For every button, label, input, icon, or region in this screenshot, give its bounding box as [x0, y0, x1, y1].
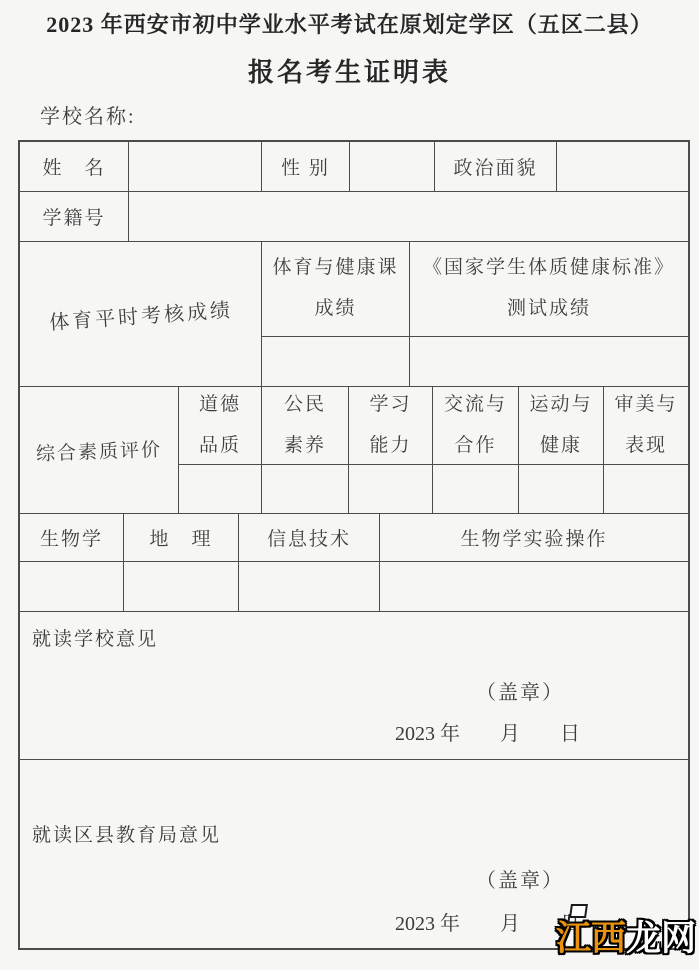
row-quality-evaluation: 综合素质评价 道德 品质 公民 素养 学习 能力 交流与 合作 运动与 健康 审… [20, 387, 688, 514]
quality-col-communication-value-cell [433, 465, 519, 513]
political-status-label-cell: 政治面貌 [435, 142, 557, 191]
quality-evaluation-label-cell: 综合素质评价 [20, 387, 179, 513]
pe-sub-table: 体育与健康课 成绩 《国家学生体质健康标准》 测试成绩 [262, 242, 688, 386]
watermark-text-part1: 江西 [556, 919, 626, 958]
quality-col-civic-label-cell: 公民 素养 [262, 387, 349, 464]
school-opinion-stamp-label: （盖章） [476, 676, 564, 705]
pe-course-score-value-cell [262, 337, 410, 386]
gender-value-cell [350, 142, 435, 191]
row-subjects-values [20, 562, 688, 612]
student-id-value-cell [129, 192, 688, 241]
watermark-text-part2: 龙网 [626, 919, 696, 958]
subject-it-label-cell: 信息技术 [239, 514, 380, 561]
pe-standard-test-label-cell: 《国家学生体质健康标准》 测试成绩 [410, 242, 688, 336]
quality-col-moral-label-cell: 道德 品质 [179, 387, 262, 464]
quality-col-sports-value-cell [519, 465, 604, 513]
pe-usual-score-label-cell: 体育平时考核成绩 [20, 242, 262, 386]
school-opinion-label: 就读学校意见 [32, 624, 158, 651]
pe-header-subrow: 体育与健康课 成绩 《国家学生体质健康标准》 测试成绩 [262, 242, 688, 337]
bureau-opinion-stamp-label: （盖章） [476, 864, 564, 893]
quality-col-learning-value-cell [349, 465, 433, 513]
watermark: 江西龙网 [556, 918, 696, 960]
quality-evaluation-label: 综合素质评价 [36, 434, 163, 465]
quality-col-communication-label-cell: 交流与 合作 [433, 387, 519, 464]
subject-biology-experiment-label-cell: 生物学实验操作 [380, 514, 688, 561]
pe-value-subrow [262, 337, 688, 386]
bureau-opinion-label: 就读区县教育局意见 [32, 820, 221, 847]
row-student-id: 学籍号 [20, 192, 688, 242]
gender-label-cell: 性 别 [262, 142, 350, 191]
subject-it-value-cell [239, 562, 380, 611]
row-basic-info: 姓 名 性 别 政治面貌 [20, 142, 688, 192]
subject-geography-value-cell [124, 562, 239, 611]
subject-biology-value-cell [20, 562, 124, 611]
student-id-label-cell: 学籍号 [20, 192, 129, 241]
school-opinion-cell: 就读学校意见 （盖章） 2023 年 月 日 [20, 612, 688, 760]
school-name-label: 学校名称: [40, 100, 136, 129]
row-subjects-header: 生物学 地 理 信息技术 生物学实验操作 [20, 514, 688, 562]
name-label-cell: 姓 名 [20, 142, 129, 191]
name-value-cell [129, 142, 262, 191]
quality-header-subrow: 道德 品质 公民 素养 学习 能力 交流与 合作 运动与 健康 审美与 表现 [179, 387, 688, 465]
pe-standard-test-value-cell [410, 337, 688, 386]
subject-geography-label-cell: 地 理 [124, 514, 239, 561]
page-title-line2: 报名考生证明表 [0, 52, 699, 89]
quality-col-civic-value-cell [262, 465, 349, 513]
bureau-opinion-date: 2023 年 月 日 [395, 907, 580, 936]
subject-biology-experiment-value-cell [380, 562, 688, 611]
pe-course-score-label-cell: 体育与健康课 成绩 [262, 242, 410, 336]
quality-col-aesthetic-value-cell [604, 465, 688, 513]
pe-usual-score-label: 体育平时考核成绩 [48, 293, 234, 335]
page-title-line1: 2023 年西安市初中学业水平考试在原划定学区（五区二县） [0, 8, 699, 39]
watermark-flag-icon [569, 904, 588, 918]
quality-col-learning-label-cell: 学习 能力 [349, 387, 433, 464]
registration-form-table: 姓 名 性 别 政治面貌 学籍号 体育平时考核成绩 体育与健康课 成绩 《国家学… [18, 140, 690, 950]
quality-sub-table: 道德 品质 公民 素养 学习 能力 交流与 合作 运动与 健康 审美与 表现 [179, 387, 688, 513]
quality-value-subrow [179, 465, 688, 513]
quality-col-aesthetic-label-cell: 审美与 表现 [604, 387, 688, 464]
quality-col-sports-label-cell: 运动与 健康 [519, 387, 604, 464]
political-status-value-cell [557, 142, 688, 191]
subject-biology-label-cell: 生物学 [20, 514, 124, 561]
quality-col-moral-value-cell [179, 465, 262, 513]
school-opinion-date: 2023 年 月 日 [395, 717, 580, 746]
row-pe-scores: 体育平时考核成绩 体育与健康课 成绩 《国家学生体质健康标准》 测试成绩 [20, 242, 688, 387]
